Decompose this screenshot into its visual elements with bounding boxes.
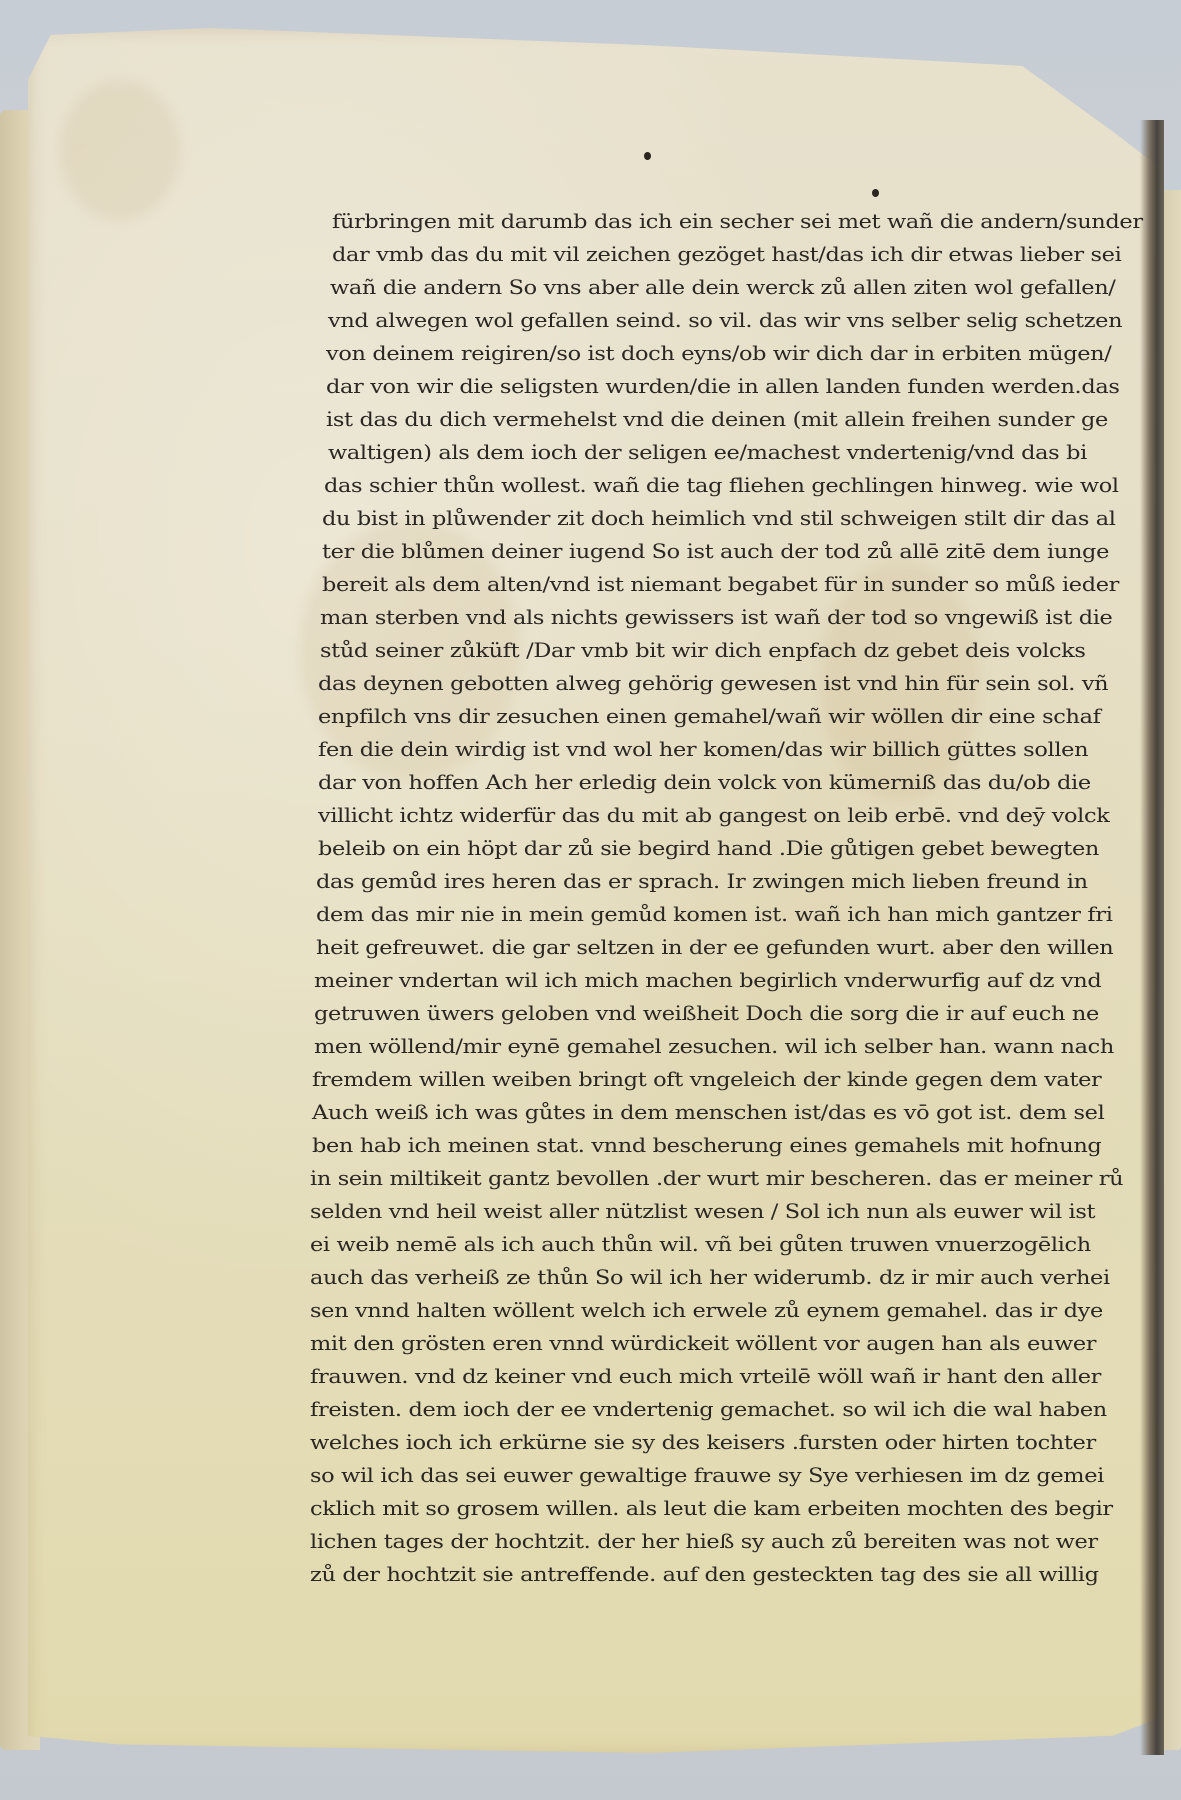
text-line: stůd seiner zůküft /Dar vmb bit wir dich… [310, 634, 1152, 667]
text-line: fürbringen mit darumb das ich ein secher… [310, 205, 1152, 238]
text-line: bereit als dem alten/vnd ist niemant beg… [310, 568, 1152, 601]
text-line: enpfilch vns dir zesuchen einen gemahel/… [310, 700, 1152, 733]
text-line: dar von wir die seligsten wurden/die in … [310, 370, 1152, 403]
text-line: wañ die andern So vns aber alle dein wer… [310, 271, 1152, 304]
text-line: meiner vndertan wil ich mich machen begi… [310, 964, 1152, 997]
text-line: man sterben vnd als nichts gewissers ist… [310, 601, 1152, 634]
text-line: so wil ich das sei euwer gewaltige frauw… [310, 1459, 1152, 1492]
text-line: ist das du dich vermehelst vnd die deine… [310, 403, 1152, 436]
text-line: das deynen gebotten alweg gehörig gewese… [310, 667, 1152, 700]
text-line: waltigen) als dem ioch der seligen ee/ma… [310, 436, 1152, 469]
text-line: frauwen. vnd dz keiner vnd euch mich vrt… [310, 1360, 1152, 1393]
text-line: ei weib nemē als ich auch thůn wil. vñ b… [310, 1228, 1152, 1261]
text-line: das gemůd ires heren das er sprach. Ir z… [310, 865, 1152, 898]
text-line: dar von hoffen Ach her erledig dein volc… [310, 766, 1152, 799]
text-line: dem das mir nie in mein gemůd komen ist.… [310, 898, 1152, 931]
facing-page-edge [1164, 190, 1181, 1750]
photo-scene: fürbringen mit darumb das ich ein secher… [0, 0, 1181, 1800]
text-line: welches ioch ich erkürne sie sy des keis… [310, 1426, 1152, 1459]
printers-dot-ornament [644, 152, 651, 160]
paper-stain [60, 80, 180, 220]
text-line: Auch weiß ich was gůtes in dem menschen … [310, 1096, 1152, 1129]
text-line: von deinem reigiren/so ist doch eyns/ob … [310, 337, 1152, 370]
text-line: lichen tages der hochtzit. der her hieß … [310, 1525, 1152, 1558]
text-line: du bist in plůwender zit doch heimlich v… [310, 502, 1152, 535]
text-line: fremdem willen weiben bringt oft vngelei… [310, 1063, 1152, 1096]
text-line: ben hab ich meinen stat. vnnd bescherung… [310, 1129, 1152, 1162]
text-line: fen die dein wirdig ist vnd wol her kome… [310, 733, 1152, 766]
text-line: mit den grösten eren vnnd würdickeit wöl… [310, 1327, 1152, 1360]
text-line: cklich mit so grosem willen. als leut di… [310, 1492, 1152, 1525]
text-line: zů der hochtzit sie antreffende. auf den… [310, 1558, 1152, 1591]
text-line: ter die blůmen deiner iugend So ist auch… [310, 535, 1152, 568]
text-line: beleib on ein höpt dar zů sie begird han… [310, 832, 1152, 865]
text-line: getruwen üwers geloben vnd weißheit Doch… [310, 997, 1152, 1030]
text-line: villicht ichtz widerfür das du mit ab ga… [310, 799, 1152, 832]
printers-dot-ornament [872, 189, 879, 197]
text-line: vnd alwegen wol gefallen seind. so vil. … [310, 304, 1152, 337]
text-line: in sein miltikeit gantz bevollen .der wu… [310, 1162, 1152, 1195]
text-line: heit gefreuwet. die gar seltzen in der e… [310, 931, 1152, 964]
printed-text-block: fürbringen mit darumb das ich ein secher… [310, 205, 1160, 1591]
text-line: dar vmb das du mit vil zeichen gezöget h… [310, 238, 1152, 271]
text-line: selden vnd heil weist aller nützlist wes… [310, 1195, 1152, 1228]
text-line: auch das verheiß ze thůn So wil ich her … [310, 1261, 1152, 1294]
text-line: das schier thůn wollest. wañ die tag fli… [310, 469, 1152, 502]
text-line: freisten. dem ioch der ee vndertenig gem… [310, 1393, 1152, 1426]
text-line: men wöllend/mir eynē gemahel zesuchen. w… [310, 1030, 1152, 1063]
text-line: sen vnnd halten wöllent welch ich erwele… [310, 1294, 1152, 1327]
